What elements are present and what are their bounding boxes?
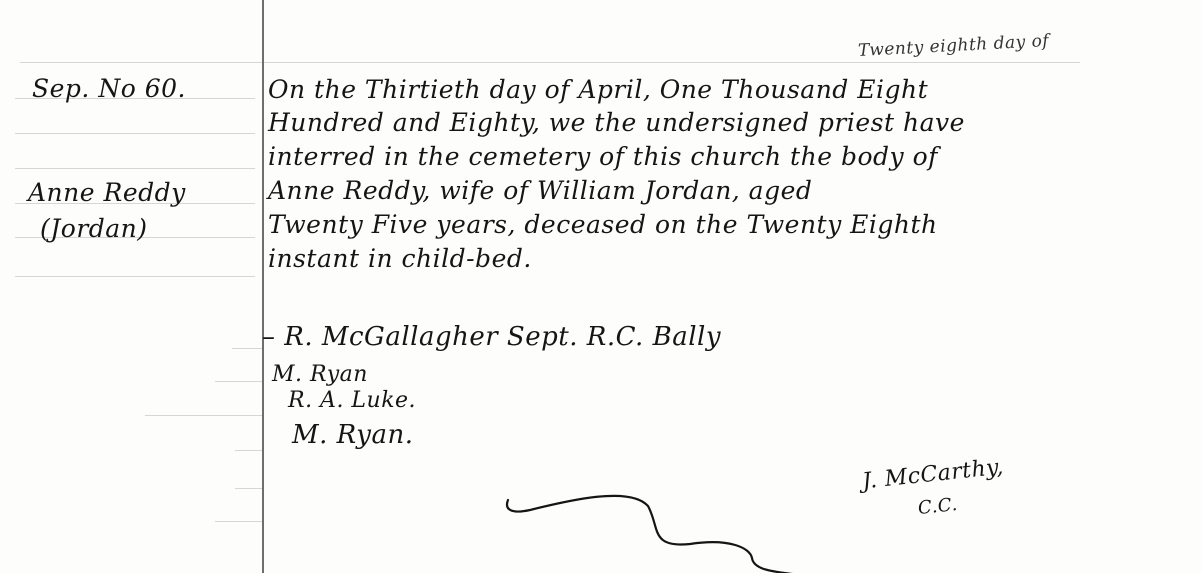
ruled-line xyxy=(215,381,262,382)
witness-signature: R. A. Luke. xyxy=(288,388,416,413)
body-line: Hundred and Eighty, we the undersigned p… xyxy=(268,108,965,137)
ruled-line xyxy=(235,488,262,489)
married-name: (Jordan) xyxy=(40,214,148,243)
ruled-line xyxy=(215,521,262,522)
interlinear-note: Twenty eighth day of xyxy=(858,31,1050,61)
ruled-line xyxy=(235,450,262,451)
ruled-line xyxy=(232,348,262,349)
flourish-stroke xyxy=(500,488,830,573)
body-line: Anne Reddy, wife of William Jordan, aged xyxy=(268,176,812,205)
ruled-line xyxy=(15,133,255,134)
witness-signature: M. Ryan. xyxy=(292,420,413,450)
cleric-title: C.C. xyxy=(917,494,959,519)
ruled-line xyxy=(15,276,255,277)
margin-line xyxy=(262,0,264,573)
ruled-line xyxy=(145,415,262,416)
register-page: Sep. No 60. Anne Reddy (Jordan) Twenty e… xyxy=(0,0,1202,573)
body-line: interred in the cemetery of this church … xyxy=(268,142,938,171)
body-line: On the Thirtieth day of April, One Thous… xyxy=(268,75,928,104)
ruled-line xyxy=(20,62,1080,63)
officiant-signature: – R. McGallagher Sept. R.C. Bally xyxy=(262,322,721,352)
entry-number: Sep. No 60. xyxy=(32,74,186,103)
body-line: instant in child-bed. xyxy=(268,244,532,273)
cleric-signature: J. McCarthy, xyxy=(861,455,1005,495)
ruled-line xyxy=(15,168,255,169)
witness-signature: M. Ryan xyxy=(272,362,368,387)
deceased-name: Anne Reddy xyxy=(28,178,186,207)
body-line: Twenty Five years, deceased on the Twent… xyxy=(268,210,938,239)
